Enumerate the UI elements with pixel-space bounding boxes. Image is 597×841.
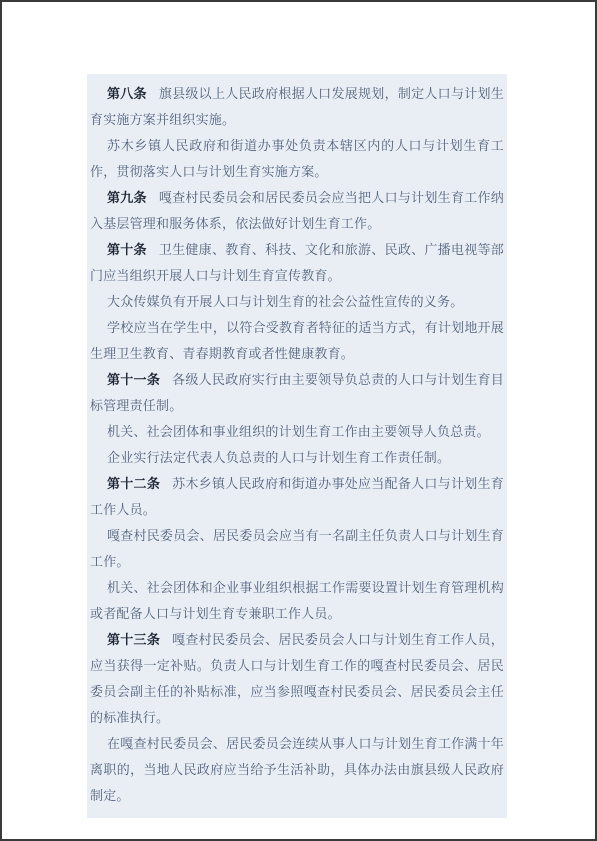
- article-number: 第十三条: [107, 632, 160, 647]
- paragraph-text: 嘎查村民委员会、居民委员会应当有一名副主任负责人口与计划生育工作。: [90, 528, 504, 569]
- paragraph: 机关、社会团体和企业事业组织根据工作需要设置计划生育管理机构或者配备人口与计划生…: [90, 575, 504, 627]
- paragraph: 第九条嘎查村民委员会和居民委员会应当把人口与计划生育工作纳入基层管理和服务体系，…: [90, 185, 504, 237]
- paragraph-text: 大众传媒负有开展人口与计划生育的社会公益性宣传的义务。: [107, 294, 463, 309]
- paragraph: 第十一条各级人民政府实行由主要领导负总责的人口与计划生育目标管理责任制。: [90, 367, 504, 419]
- article-number: 第九条: [107, 190, 147, 205]
- document-body: 第八条旗县级以上人民政府根据人口发展规划，制定人口与计划生育实施方案并组织实施。…: [87, 74, 507, 818]
- paragraph: 学校应当在学生中，以符合受教育者特征的适当方式，有计划地开展生理卫生教育、青春期…: [90, 315, 504, 367]
- paragraph-text: 卫生健康、教育、科技、文化和旅游、民政、广播电视等部门应当组织开展人口与计划生育…: [90, 242, 504, 283]
- document-page: 第八条旗县级以上人民政府根据人口发展规划，制定人口与计划生育实施方案并组织实施。…: [2, 2, 595, 839]
- paragraph-text: 企业实行法定代表人负总责的人口与计划生育工作责任制。: [107, 450, 450, 465]
- paragraph: 机关、社会团体和事业组织的计划生育工作由主要领导人负总责。: [90, 419, 504, 445]
- article-number: 第八条: [107, 86, 147, 101]
- paragraph: 第八条旗县级以上人民政府根据人口发展规划，制定人口与计划生育实施方案并组织实施。: [90, 81, 504, 133]
- paragraph: 大众传媒负有开展人口与计划生育的社会公益性宣传的义务。: [90, 289, 504, 315]
- paragraph-text: 旗县级以上人民政府根据人口发展规划，制定人口与计划生育实施方案并组织实施。: [90, 86, 504, 127]
- paragraph-text: 机关、社会团体和事业组织的计划生育工作由主要领导人负总责。: [107, 424, 490, 439]
- paragraph-text: 学校应当在学生中，以符合受教育者特征的适当方式，有计划地开展生理卫生教育、青春期…: [90, 320, 504, 361]
- paragraph: 苏木乡镇人民政府和街道办事处负责本辖区内的人口与计划生育工作，贯彻落实人口与计划…: [90, 133, 504, 185]
- paragraph: 企业实行法定代表人负总责的人口与计划生育工作责任制。: [90, 445, 504, 471]
- paragraph: 第十条卫生健康、教育、科技、文化和旅游、民政、广播电视等部门应当组织开展人口与计…: [90, 237, 504, 289]
- document-window: { "page": { "colors": { "frame": "#3a3a3…: [0, 0, 597, 841]
- paragraph-text: 苏木乡镇人民政府和街道办事处负责本辖区内的人口与计划生育工作，贯彻落实人口与计划…: [90, 138, 504, 179]
- paragraph: 在嘎查村民委员会、居民委员会连续从事人口与计划生育工作满十年离职的，当地人民政府…: [90, 731, 504, 809]
- article-number: 第十二条: [107, 476, 160, 491]
- paragraph: 第十二条苏木乡镇人民政府和街道办事处应当配备人口与计划生育工作人员。: [90, 471, 504, 523]
- paragraph-text: 嘎查村民委员会和居民委员会应当把人口与计划生育工作纳入基层管理和服务体系，依法做…: [90, 190, 504, 231]
- article-number: 第十条: [107, 242, 147, 257]
- paragraph: 嘎查村民委员会、居民委员会应当有一名副主任负责人口与计划生育工作。: [90, 523, 504, 575]
- paragraph: 第十三条嘎查村民委员会、居民委员会人口与计划生育工作人员，应当获得一定补贴。负责…: [90, 627, 504, 731]
- article-number: 第十一条: [107, 372, 160, 387]
- paragraph-text: 机关、社会团体和企业事业组织根据工作需要设置计划生育管理机构或者配备人口与计划生…: [90, 580, 504, 621]
- paragraph-text: 在嘎查村民委员会、居民委员会连续从事人口与计划生育工作满十年离职的，当地人民政府…: [90, 736, 504, 803]
